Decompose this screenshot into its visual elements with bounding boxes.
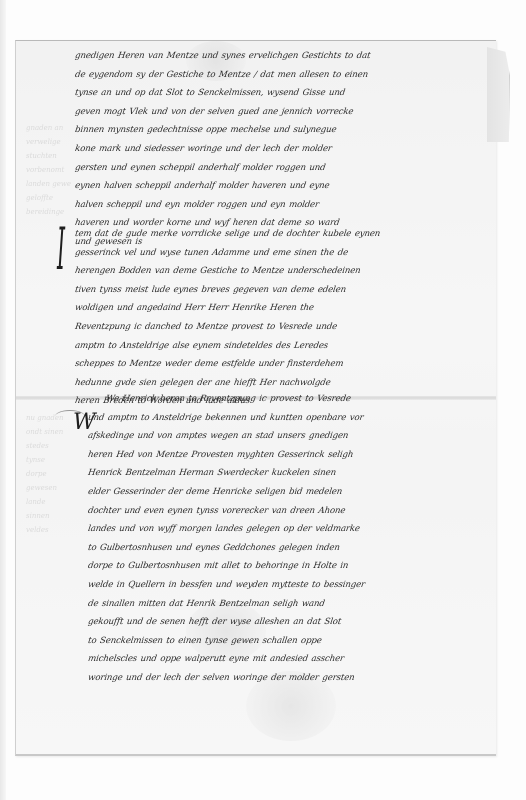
- manuscript-scan: gnaden an verwelige stuchten vorbenomt l…: [0, 0, 526, 800]
- text-line: woldigen und angedaind Herr Herr Henrike…: [74, 299, 437, 318]
- text-line: heren Hed von Mentze Provesten myghten G…: [87, 446, 450, 465]
- text-line: tem dat de gude merke vorrdicke selige u…: [74, 225, 437, 244]
- text-line: eynen halven scheppil anderhalf molder h…: [74, 177, 437, 196]
- text-line: to Senckelmissen to einen tynse gewen sc…: [87, 632, 450, 651]
- text-line: afskedinge und von amptes wegen an stad …: [87, 427, 450, 446]
- text-line: scheppes to Mentze weder deme estfelde u…: [74, 355, 437, 374]
- text-line: tiven tynss meist lude eynes breves gege…: [74, 281, 437, 300]
- text-line: Henrick Bentzelman Herman Swerdecker kuc…: [87, 464, 450, 483]
- text-line: amptm to Ansteldrige alse eynem sindetel…: [74, 337, 437, 356]
- paragraph-2: tem dat de gude merke vorrdicke selige u…: [75, 225, 435, 411]
- paragraph-1: gnedigen Heren van Mentze und synes erve…: [75, 47, 435, 252]
- text-line: michelscles und oppe walperutt eyne mit …: [87, 650, 450, 669]
- paragraph-3: We Henrick heren to Reventzpung ic prove…: [88, 390, 448, 688]
- text-line: herengen Bodden van deme Gestiche to Men…: [74, 262, 437, 281]
- initial-flourish: [55, 410, 85, 423]
- text-line: kone mark und siedesser woringe und der …: [74, 140, 437, 159]
- text-line: de eygendom sy der Gestiche to Mentze / …: [74, 66, 437, 85]
- text-line: to Gulbertosnhusen und eynes Geddchones …: [87, 539, 450, 558]
- text-line: gersten und eynen scheppil anderhalf mol…: [74, 159, 437, 178]
- text-line: Reventzpung ic danched to Mentze provest…: [74, 318, 437, 337]
- decorated-initial-i: I: [57, 215, 65, 283]
- text-line: halven scheppil und eyn molder roggen un…: [74, 196, 437, 215]
- text-line: We Henrick heren to Reventzpung ic prove…: [87, 390, 450, 409]
- text-line: dorpe to Gulbertosnhusen mit allet to be…: [87, 557, 450, 576]
- text-line: geven mogt Vlek und von der selven gued …: [74, 103, 437, 122]
- text-line: gesserinck vel und wyse tunen Adamme und…: [74, 244, 437, 263]
- scanner-edge: [0, 0, 6, 800]
- folded-corner: [487, 47, 510, 142]
- text-line: binnen mynsten gedechtnisse oppe mechels…: [74, 121, 437, 140]
- text-line: und amptm to Ansteldrige bekennen und ku…: [87, 409, 450, 428]
- text-line: de sinallen mitten dat Henrik Bentzelman…: [87, 595, 450, 614]
- text-line: woringe und der lech der selven woringe …: [87, 669, 450, 688]
- text-line: gnedigen Heren van Mentze und synes erve…: [74, 47, 437, 66]
- text-line: landes und von wyff morgen landes gelege…: [87, 520, 450, 539]
- text-line: elder Gesserinder der deme Henricke seli…: [87, 483, 450, 502]
- text-line: gekoufft und de senen hefft der wyse all…: [87, 613, 450, 632]
- text-line: dochter und even eynen tynss vorerecker …: [87, 502, 450, 521]
- text-line: tynse an und op dat Slot to Senckelmisse…: [74, 84, 437, 103]
- text-line: welde in Quellern in bessfen und weyden …: [87, 576, 450, 595]
